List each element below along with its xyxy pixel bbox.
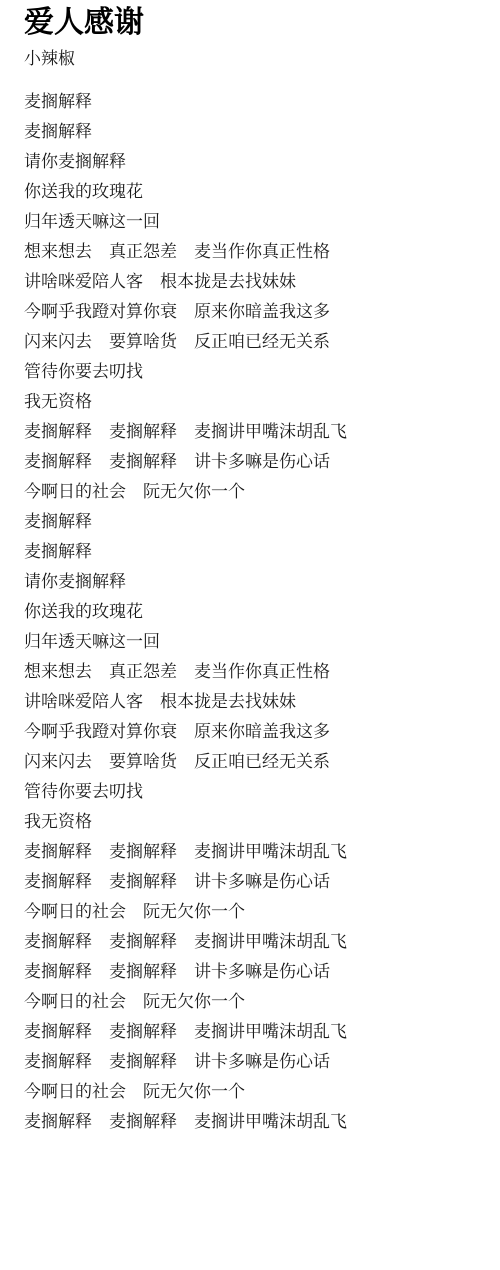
lyric-line: 管待你要去叨找 (24, 777, 476, 807)
lyric-line: 麦搁解释 麦搁解释 讲卡多嘛是伤心话 (24, 1047, 476, 1077)
lyric-line: 今啊乎我蹬对算你衰 原来你暗盖我这多 (24, 717, 476, 747)
lyric-line: 麦搁解释 (24, 507, 476, 537)
lyric-line: 今啊日的社会 阮无欠你一个 (24, 1077, 476, 1107)
lyric-line: 麦搁解释 (24, 117, 476, 147)
lyric-line: 想来想去 真正怨差 麦当作你真正性格 (24, 237, 476, 267)
lyric-line: 麦搁解释 麦搁解释 麦搁讲甲嘴沫胡乱飞 (24, 927, 476, 957)
lyric-line: 你送我的玫瑰花 (24, 597, 476, 627)
lyric-line: 麦搁解释 麦搁解释 讲卡多嘛是伤心话 (24, 957, 476, 987)
lyric-line: 麦搁解释 麦搁解释 麦搁讲甲嘴沫胡乱飞 (24, 417, 476, 447)
lyric-line: 我无资格 (24, 387, 476, 417)
lyric-line: 闪来闪去 要算啥货 反正咱已经无关系 (24, 327, 476, 357)
lyric-line: 想来想去 真正怨差 麦当作你真正性格 (24, 657, 476, 687)
lyrics-page: 爱人感谢 小辣椒 麦搁解释麦搁解释请你麦搁解释你送我的玫瑰花归年透天嘛这一回想来… (24, 6, 476, 1137)
lyric-line: 今啊日的社会 阮无欠你一个 (24, 477, 476, 507)
song-title: 爱人感谢 (24, 6, 476, 41)
lyric-line: 麦搁解释 麦搁解释 讲卡多嘛是伤心话 (24, 447, 476, 477)
lyric-line: 今啊日的社会 阮无欠你一个 (24, 987, 476, 1017)
lyric-line: 我无资格 (24, 807, 476, 837)
lyric-line: 讲啥咪爱陪人客 根本拢是去找妹妹 (24, 687, 476, 717)
lyric-line: 麦搁解释 麦搁解释 讲卡多嘛是伤心话 (24, 867, 476, 897)
lyric-line: 请你麦搁解释 (24, 567, 476, 597)
lyric-line: 闪来闪去 要算啥货 反正咱已经无关系 (24, 747, 476, 777)
lyric-line: 麦搁解释 (24, 87, 476, 117)
lyric-line: 麦搁解释 (24, 537, 476, 567)
song-artist: 小辣椒 (24, 49, 476, 69)
lyric-line: 麦搁解释 麦搁解释 麦搁讲甲嘴沫胡乱飞 (24, 1107, 476, 1137)
lyric-line: 麦搁解释 麦搁解释 麦搁讲甲嘴沫胡乱飞 (24, 1017, 476, 1047)
lyric-line: 管待你要去叨找 (24, 357, 476, 387)
lyric-line: 你送我的玫瑰花 (24, 177, 476, 207)
lyric-line: 归年透天嘛这一回 (24, 207, 476, 237)
lyric-line: 讲啥咪爱陪人客 根本拢是去找妹妹 (24, 267, 476, 297)
lyric-line: 请你麦搁解释 (24, 147, 476, 177)
lyric-line: 今啊乎我蹬对算你衰 原来你暗盖我这多 (24, 297, 476, 327)
lyrics: 麦搁解释麦搁解释请你麦搁解释你送我的玫瑰花归年透天嘛这一回想来想去 真正怨差 麦… (24, 87, 476, 1137)
lyric-line: 归年透天嘛这一回 (24, 627, 476, 657)
lyric-line: 麦搁解释 麦搁解释 麦搁讲甲嘴沫胡乱飞 (24, 837, 476, 867)
lyric-line: 今啊日的社会 阮无欠你一个 (24, 897, 476, 927)
